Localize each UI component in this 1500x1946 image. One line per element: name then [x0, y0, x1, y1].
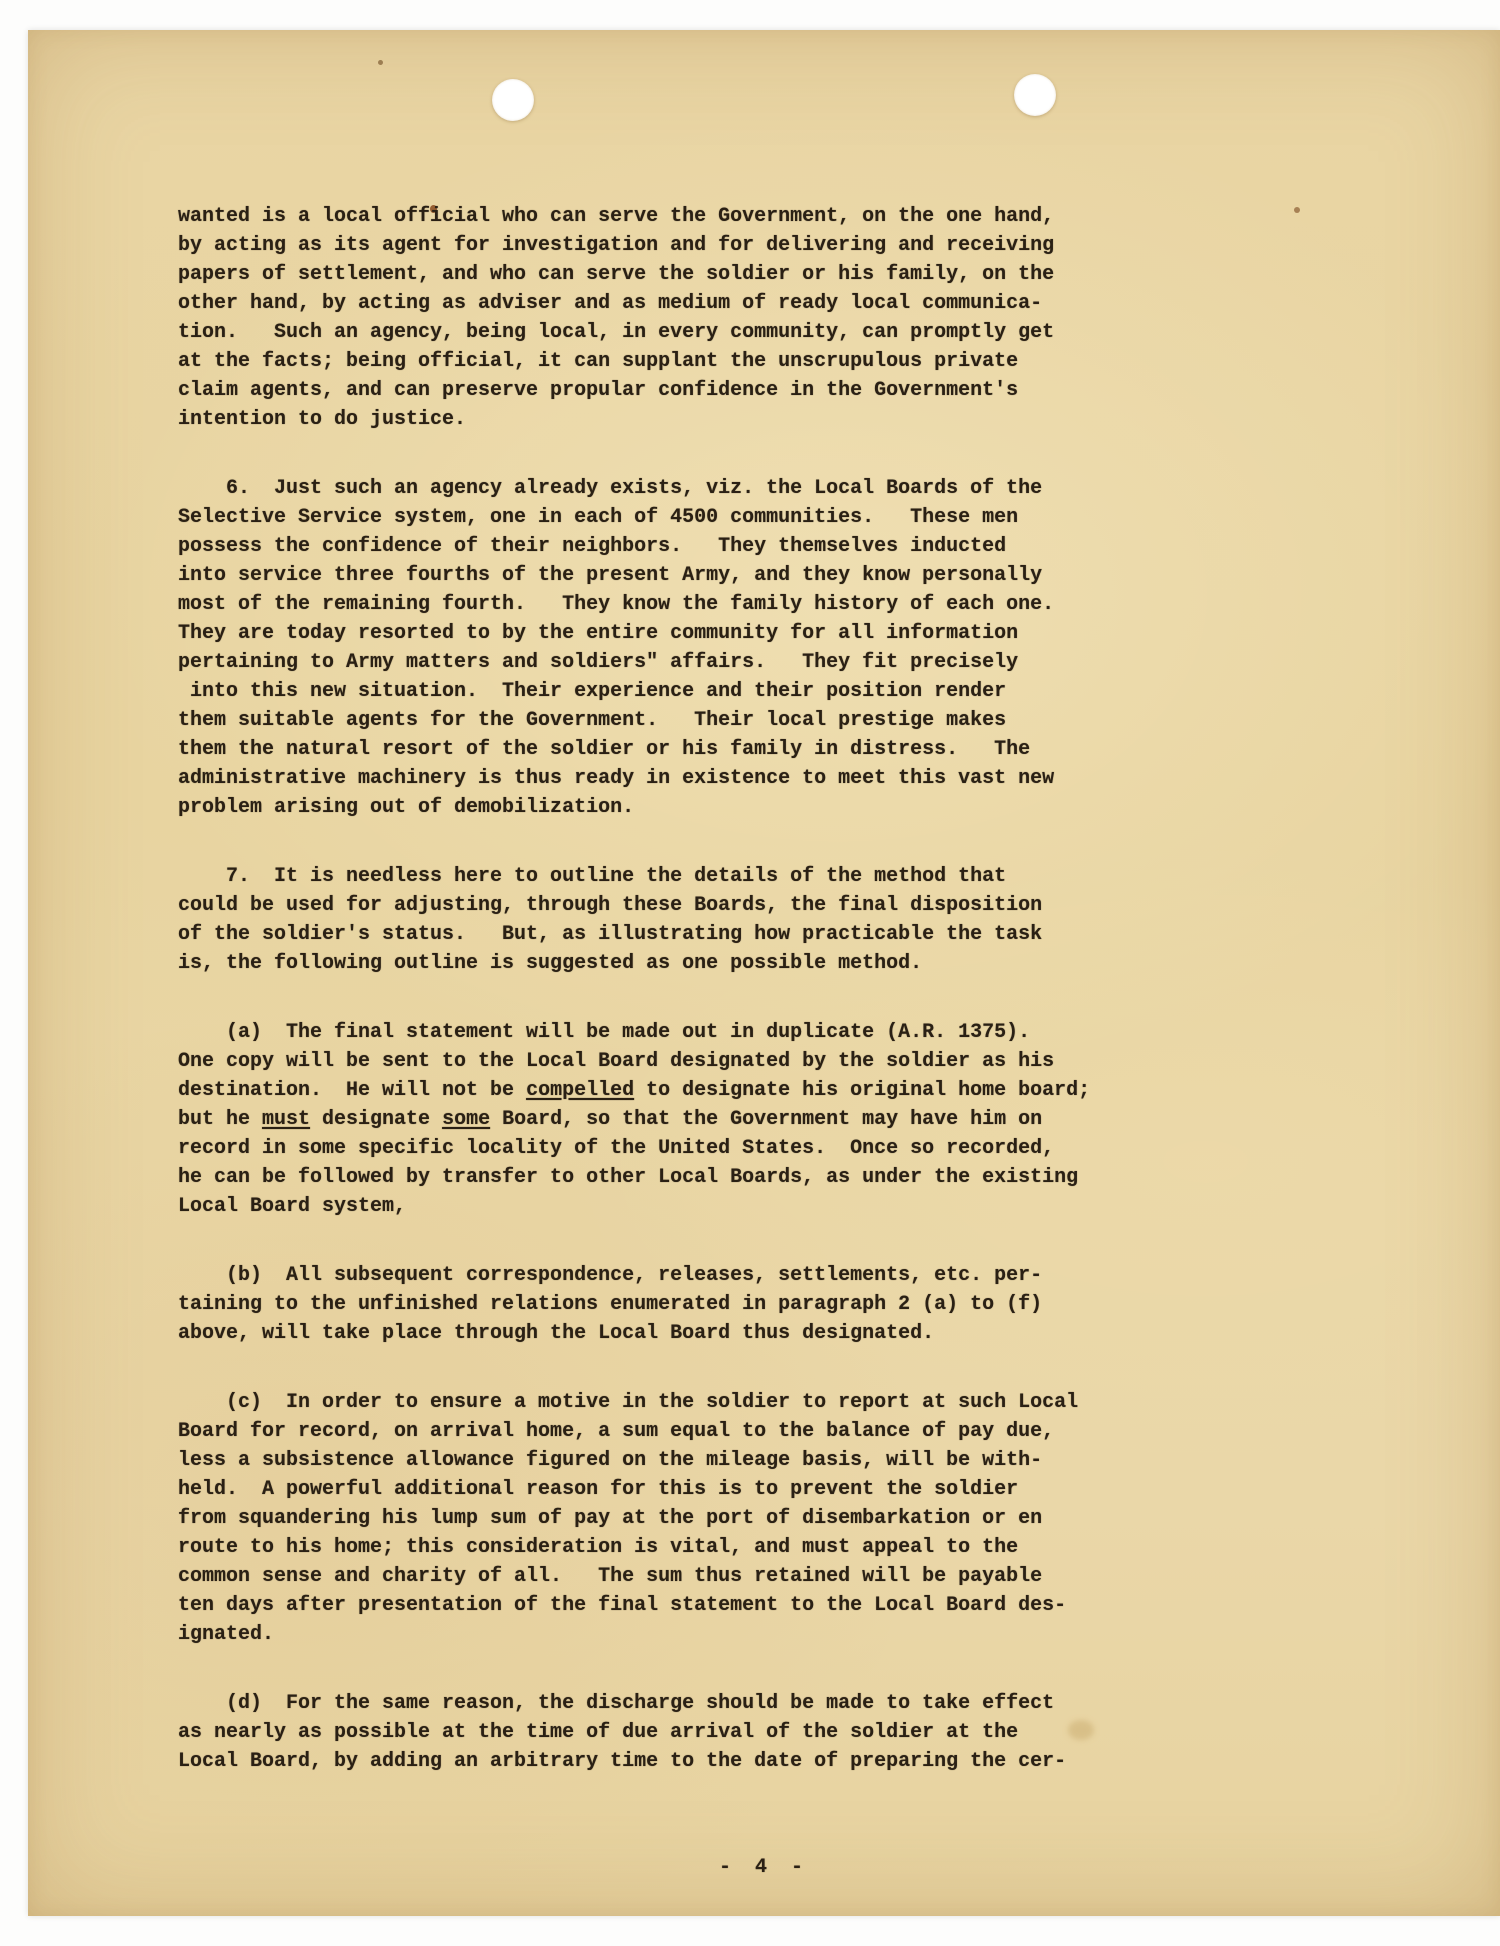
text-line: administrative machinery is thus ready i… [178, 764, 1188, 793]
text-line: them the natural resort of the soldier o… [178, 735, 1188, 764]
underlined-word: must [262, 1108, 310, 1131]
paragraph: (d) For the same reason, the discharge s… [178, 1689, 1188, 1776]
text-line: ignated. [178, 1620, 1188, 1649]
paragraph: (a) The final statement will be made out… [178, 1018, 1188, 1221]
text-line: as nearly as possible at the time of due… [178, 1718, 1188, 1747]
punch-hole-left [492, 79, 534, 121]
text-line: is, the following outline is suggested a… [178, 949, 1188, 978]
text-line: of the soldier's status. But, as illustr… [178, 920, 1188, 949]
text-line: by acting as its agent for investigation… [178, 231, 1188, 260]
text-line: taining to the unfinished relations enum… [178, 1290, 1188, 1319]
paragraph: 7. It is needless here to outline the de… [178, 862, 1188, 978]
paragraph: (b) All subsequent correspondence, relea… [178, 1261, 1188, 1348]
text-line: Selective Service system, one in each of… [178, 503, 1188, 532]
text-line: but he must designate some Board, so tha… [178, 1105, 1188, 1134]
text-line: above, will take place through the Local… [178, 1319, 1188, 1348]
typewritten-text: wanted is a local official who can serve… [178, 202, 1188, 1816]
text-line: common sense and charity of all. The sum… [178, 1562, 1188, 1591]
text-line: problem arising out of demobilization. [178, 793, 1188, 822]
text-line: record in some specific locality of the … [178, 1134, 1188, 1163]
paper-speck [1294, 207, 1300, 213]
text-line: into this new situation. Their experienc… [178, 677, 1188, 706]
text-line: They are today resorted to by the entire… [178, 619, 1188, 648]
text-line: papers of settlement, and who can serve … [178, 260, 1188, 289]
text-line: route to his home; this consideration is… [178, 1533, 1188, 1562]
paragraph: wanted is a local official who can serve… [178, 202, 1188, 434]
page-number: - 4 - [28, 1856, 1500, 1879]
text-line: (b) All subsequent correspondence, relea… [178, 1261, 1188, 1290]
text-line: into service three fourths of the presen… [178, 561, 1188, 590]
text-line: One copy will be sent to the Local Board… [178, 1047, 1188, 1076]
text-line: at the facts; being official, it can sup… [178, 347, 1188, 376]
paragraph: (c) In order to ensure a motive in the s… [178, 1388, 1188, 1649]
paper-speck [378, 60, 383, 65]
text-line: pertaining to Army matters and soldiers"… [178, 648, 1188, 677]
text-line: less a subsistence allowance figured on … [178, 1446, 1188, 1475]
scanner-background: wanted is a local official who can serve… [0, 0, 1500, 1946]
underlined-word: some [442, 1108, 490, 1131]
text-line: (d) For the same reason, the discharge s… [178, 1689, 1188, 1718]
text-line: claim agents, and can preserve propular … [178, 376, 1188, 405]
text-line: Local Board, by adding an arbitrary time… [178, 1747, 1188, 1776]
underlined-word: compelled [526, 1079, 634, 1102]
text-line: from squandering his lump sum of pay at … [178, 1504, 1188, 1533]
text-line: 6. Just such an agency already exists, v… [178, 474, 1188, 503]
text-line: other hand, by acting as adviser and as … [178, 289, 1188, 318]
text-line: he can be followed by transfer to other … [178, 1163, 1188, 1192]
text-line: ten days after presentation of the final… [178, 1591, 1188, 1620]
text-line: Board for record, on arrival home, a sum… [178, 1417, 1188, 1446]
text-line: (a) The final statement will be made out… [178, 1018, 1188, 1047]
text-line: possess the confidence of their neighbor… [178, 532, 1188, 561]
document-page: wanted is a local official who can serve… [28, 30, 1500, 1916]
text-line: most of the remaining fourth. They know … [178, 590, 1188, 619]
text-line: intention to do justice. [178, 405, 1188, 434]
text-line: Local Board system, [178, 1192, 1188, 1221]
text-line: destination. He will not be compelled to… [178, 1076, 1188, 1105]
text-line: (c) In order to ensure a motive in the s… [178, 1388, 1188, 1417]
punch-hole-right [1014, 74, 1056, 116]
text-line: tion. Such an agency, being local, in ev… [178, 318, 1188, 347]
text-line: them suitable agents for the Government.… [178, 706, 1188, 735]
text-line: held. A powerful additional reason for t… [178, 1475, 1188, 1504]
paragraph: 6. Just such an agency already exists, v… [178, 474, 1188, 822]
text-line: wanted is a local official who can serve… [178, 202, 1188, 231]
text-line: could be used for adjusting, through the… [178, 891, 1188, 920]
text-line: 7. It is needless here to outline the de… [178, 862, 1188, 891]
